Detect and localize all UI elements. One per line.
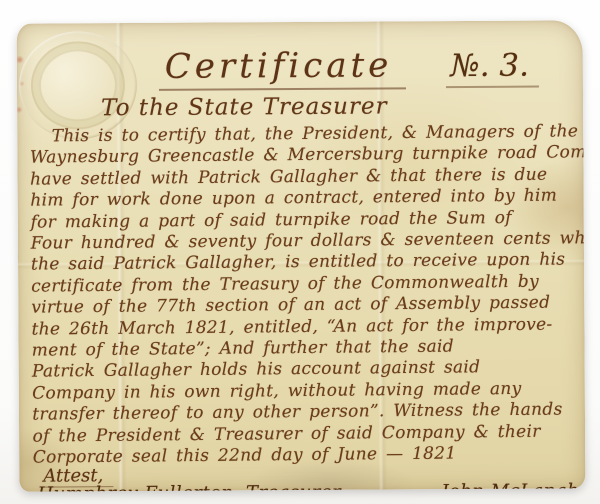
addressee-line: To the State Treasurer	[101, 93, 388, 121]
certificate-number: №. 3.	[446, 48, 539, 89]
certificate-document: Certificate№. 3. To the State Treasurer …	[17, 20, 586, 491]
document-line: Corporate seal this 22nd day of June — 1…	[33, 442, 581, 469]
document-body: This is to certify that, the President, …	[30, 121, 581, 469]
document-header: Certificate№. 3.	[17, 44, 583, 87]
president-signature: John McLanahan President	[437, 479, 585, 491]
treasurer-signature: Humphrey Fullerton, Treasurer	[37, 482, 341, 492]
photo-background: Certificate№. 3. To the State Treasurer …	[0, 0, 600, 504]
certificate-title: Certificate	[159, 45, 407, 91]
